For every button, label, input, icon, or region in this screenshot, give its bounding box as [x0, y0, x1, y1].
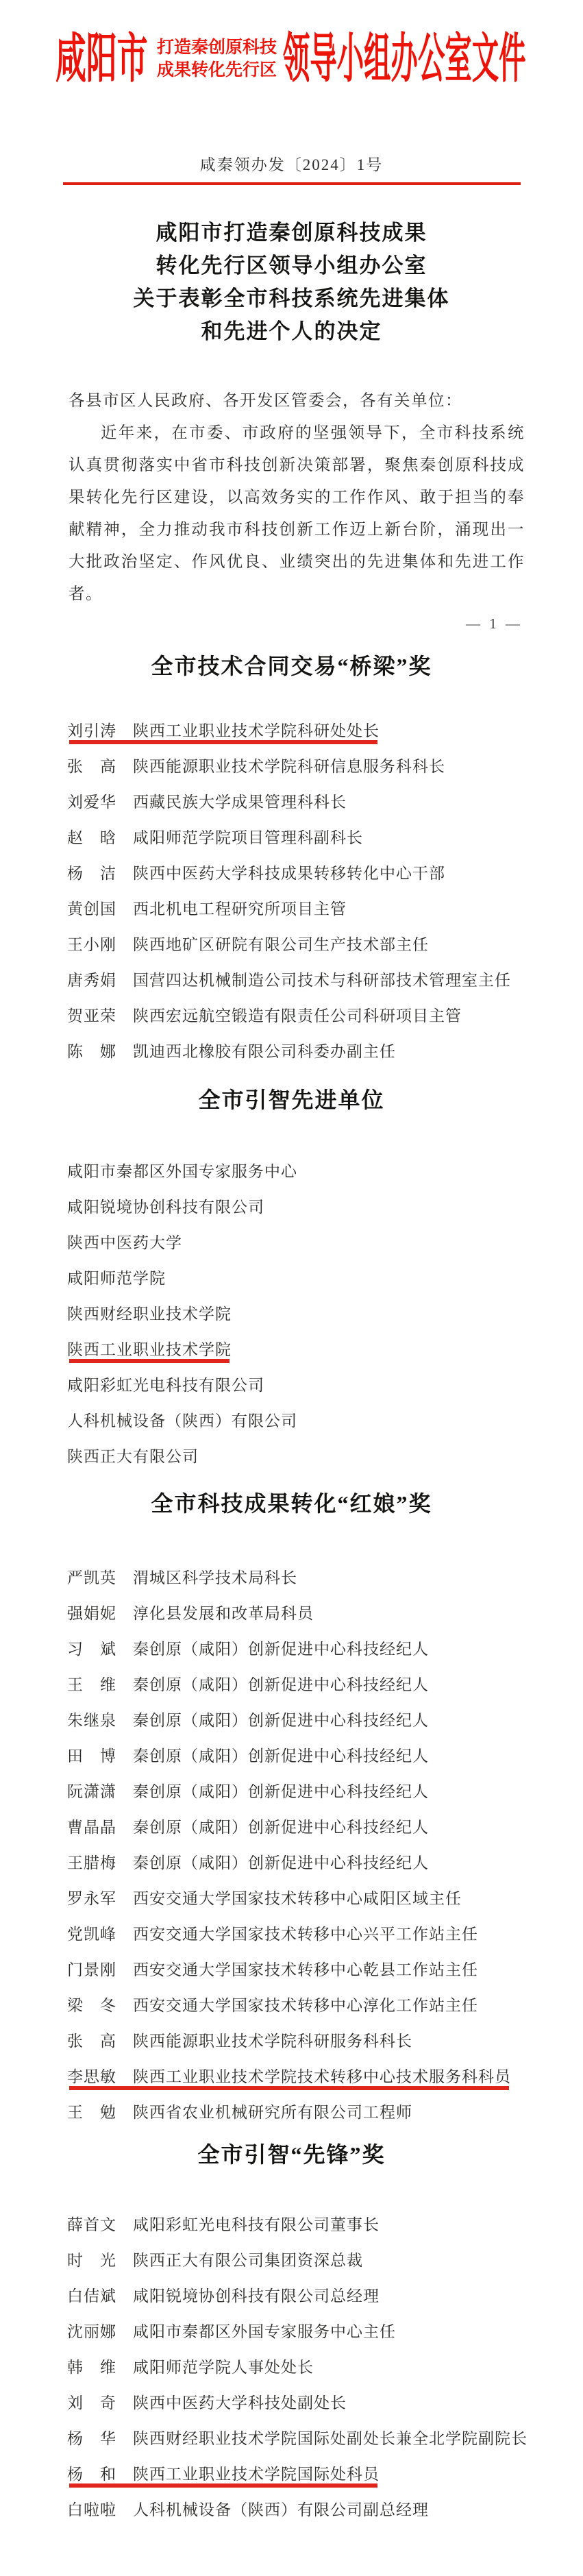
table-row: 刘爱华 西藏民族大学成果管理科科长 — [67, 793, 556, 811]
person-title: 秦创原（咸阳）创新促进中心科技经纪人 — [133, 1782, 429, 1801]
letterhead-suffix: 领导小组办公室文件 — [283, 29, 526, 89]
person-name: 党凯峰 — [67, 1925, 116, 1943]
row-content: 陕西正大有限公司 — [67, 1447, 199, 1466]
person-name: 贺亚荣 — [67, 1007, 116, 1025]
person-title: 咸阳师范学院项目管理科副科长 — [133, 829, 363, 847]
document-body: 各县市区人民政府、各开发区管委会，各有关单位： 近年来，在市委、市政府的坚强领导… — [69, 385, 525, 611]
person-name: 黄创国 — [67, 900, 116, 918]
row-content: 王小刚 陕西地矿区研院有限公司生产技术部主任 — [67, 935, 429, 954]
award-section: 全市引智“先锋”奖 薛首文 咸阳彩虹光电科技有限公司董事长 时 光 陕西正大有限… — [0, 2139, 583, 2519]
person-title: 秦创原（咸阳）创新促进中心科技经纪人 — [133, 1818, 429, 1837]
table-row: 刘引涛 陕西工业职业技术学院科研处处长 — [67, 722, 556, 740]
person-title: 陕西正大有限公司集团资深总裁 — [133, 2251, 363, 2270]
person-name: 曹晶晶 — [67, 1818, 116, 1837]
person-title: 陕西宏远航空锻造有限责任公司科研项目主管 — [133, 1007, 462, 1025]
person-title: 秦创原（咸阳）创新促进中心科技经纪人 — [133, 1711, 429, 1730]
table-row: 习 斌 秦创原（咸阳）创新促进中心科技经纪人 — [67, 1640, 556, 1658]
person-title: 咸阳师范学院人事处处长 — [133, 2358, 314, 2377]
person-title: 陕西工业职业技术学院国际处科员 — [133, 2465, 380, 2483]
table-row: 杨 和 陕西工业职业技术学院国际处科员 — [67, 2465, 556, 2483]
person-name: 严凯英 — [67, 1569, 116, 1587]
table-row: 王 维 秦创原（咸阳）创新促进中心科技经纪人 — [67, 1676, 556, 1694]
letterhead-small-line1: 打造秦创原科技 — [157, 38, 277, 57]
person-name: 门景刚 — [67, 1961, 116, 1979]
letterhead-prefix-box: 咸阳市 — [55, 29, 150, 89]
person-name: 王腊梅 — [67, 1854, 116, 1872]
table-row: 韩 维 咸阳师范学院人事处处长 — [67, 2358, 556, 2377]
table-row: 时 光 陕西正大有限公司集团资深总裁 — [67, 2251, 556, 2270]
table-row: 白佶斌 咸阳锐境协创科技有限公司总经理 — [67, 2287, 556, 2305]
table-row: 王腊梅 秦创原（咸阳）创新促进中心科技经纪人 — [67, 1854, 556, 1872]
person-name: 李思敏 — [67, 2068, 116, 2086]
person-name: 刘引涛 — [67, 722, 116, 740]
person-title: 陕西财经职业技术学院国际处副处长兼全北学院副院长 — [133, 2429, 528, 2448]
unit-name: 咸阳锐境协创科技有限公司 — [67, 1198, 264, 1216]
person-title: 渭城区科学技术局科长 — [133, 1569, 297, 1587]
section-title: 全市引智先进单位 — [0, 1084, 583, 1116]
person-name: 陈 娜 — [67, 1042, 116, 1061]
unit-name: 咸阳彩虹光电科技有限公司 — [67, 1376, 264, 1395]
award-section: 全市科技成果转化“红娘”奖 严凯英 渭城区科学技术局科长 强娟妮 淳化县发展和改… — [0, 1488, 583, 2122]
page-number: — 1 — — [0, 615, 583, 633]
table-row: 陕西中医药大学 — [67, 1234, 556, 1252]
table-row: 咸阳彩虹光电科技有限公司 — [67, 1376, 556, 1395]
letterhead: 咸阳市 打造秦创原科技 成果转化先行区 领导小组办公室文件 — [0, 29, 583, 89]
table-row: 陕西正大有限公司 — [67, 1447, 556, 1466]
person-title: 陕西中医药大学科技处副处长 — [133, 2394, 347, 2412]
document-title-line-3: 关于表彰全市科技系统先进集体 — [0, 282, 583, 315]
table-row: 王 勉 陕西省农业机械研究所有限公司工程师 — [67, 2103, 556, 2122]
row-content: 门景刚 西安交通大学国家技术转移中心乾县工作站主任 — [67, 1961, 478, 1979]
person-name: 王小刚 — [67, 935, 116, 954]
person-name: 薛首文 — [67, 2216, 116, 2234]
table-row: 朱继泉 秦创原（咸阳）创新促进中心科技经纪人 — [67, 1711, 556, 1730]
table-row: 罗永军 西安交通大学国家技术转移中心咸阳区域主任 — [67, 1889, 556, 1908]
person-title: 国营四达机械制造公司技术与科研部技术管理室主任 — [133, 971, 511, 990]
section-list: 薛首文 咸阳彩虹光电科技有限公司董事长 时 光 陕西正大有限公司集团资深总裁 白… — [0, 2216, 583, 2519]
person-name: 杨 和 — [67, 2465, 116, 2483]
letterhead-suffix-box: 领导小组办公室文件 — [283, 29, 528, 89]
person-title: 秦创原（咸阳）创新促进中心科技经纪人 — [133, 1747, 429, 1765]
row-content: 阮潇潇 秦创原（咸阳）创新促进中心科技经纪人 — [67, 1782, 429, 1801]
table-row: 陕西工业职业技术学院 — [67, 1340, 556, 1359]
row-content: 曹晶晶 秦创原（咸阳）创新促进中心科技经纪人 — [67, 1818, 429, 1837]
person-name: 朱继泉 — [67, 1711, 116, 1730]
person-title: 陕西中医药大学科技成果转移转化中心干部 — [133, 864, 445, 883]
unit-name: 咸阳市秦都区外国专家服务中心 — [67, 1162, 297, 1181]
person-name: 杨 华 — [67, 2429, 116, 2448]
row-content: 陕西中医药大学 — [67, 1234, 182, 1252]
row-content: 强娟妮 淳化县发展和改革局科员 — [67, 1604, 314, 1623]
row-content: 贺亚荣 陕西宏远航空锻造有限责任公司科研项目主管 — [67, 1007, 462, 1025]
document-title-line-4: 和先进个人的决定 — [0, 315, 583, 348]
document-title-line-2: 转化先行区领导小组办公室 — [0, 249, 583, 282]
unit-name: 陕西工业职业技术学院 — [67, 1340, 232, 1359]
table-row: 唐秀娟 国营四达机械制造公司技术与科研部技术管理室主任 — [67, 971, 556, 990]
row-content: 咸阳锐境协创科技有限公司 — [67, 1198, 264, 1216]
row-content: 白啦啦 人科机械设备（陕西）有限公司副总经理 — [67, 2501, 429, 2519]
person-title: 西安交通大学国家技术转移中心淳化工作站主任 — [133, 1996, 478, 2015]
section-title: 全市引智“先锋”奖 — [0, 2139, 583, 2170]
row-content: 沈丽娜 咸阳市秦都区外国专家服务中心主任 — [67, 2322, 396, 2341]
table-row: 刘 奇 陕西中医药大学科技处副处长 — [67, 2394, 556, 2412]
letterhead-small-lines: 打造秦创原科技 成果转化先行区 — [156, 36, 279, 82]
body-paragraph: 近年来，在市委、市政府的坚强领导下，全市科技系统认真贯彻落实中省市科技创新决策部… — [69, 417, 525, 611]
row-content: 时 光 陕西正大有限公司集团资深总裁 — [67, 2251, 363, 2270]
unit-name: 咸阳师范学院 — [67, 1269, 166, 1288]
table-row: 杨 洁 陕西中医药大学科技成果转移转化中心干部 — [67, 864, 556, 883]
table-row: 贺亚荣 陕西宏远航空锻造有限责任公司科研项目主管 — [67, 1007, 556, 1025]
person-title: 秦创原（咸阳）创新促进中心科技经纪人 — [133, 1676, 429, 1694]
person-title: 人科机械设备（陕西）有限公司副总经理 — [133, 2501, 429, 2519]
person-title: 凯迪西北橡胶有限公司科委办副主任 — [133, 1042, 396, 1061]
person-name: 时 光 — [67, 2251, 116, 2270]
letterhead-small-line2: 成果转化先行区 — [157, 61, 277, 79]
salutation: 各县市区人民政府、各开发区管委会，各有关单位： — [69, 385, 525, 417]
document-title-line-1: 咸阳市打造秦创原科技成果 — [0, 217, 583, 249]
row-content: 韩 维 咸阳师范学院人事处处长 — [67, 2358, 314, 2377]
person-name: 王 勉 — [67, 2103, 116, 2122]
row-content: 王腊梅 秦创原（咸阳）创新促进中心科技经纪人 — [67, 1854, 429, 1872]
person-name: 王 维 — [67, 1676, 116, 1694]
document-title: 咸阳市打造秦创原科技成果 转化先行区领导小组办公室 关于表彰全市科技系统先进集体… — [0, 217, 583, 348]
person-name: 强娟妮 — [67, 1604, 116, 1623]
person-name: 习 斌 — [67, 1640, 116, 1658]
table-row: 梁 冬 西安交通大学国家技术转移中心淳化工作站主任 — [67, 1996, 556, 2015]
person-title: 西北机电工程研究所项目主管 — [133, 900, 347, 918]
table-row: 田 博 秦创原（咸阳）创新促进中心科技经纪人 — [67, 1747, 556, 1765]
row-content: 杨 和 陕西工业职业技术学院国际处科员 — [67, 2465, 380, 2483]
person-name: 白啦啦 — [67, 2501, 116, 2519]
table-row: 杨 华 陕西财经职业技术学院国际处副处长兼全北学院副院长 — [67, 2429, 556, 2448]
section-list: 严凯英 渭城区科学技术局科长 强娟妮 淳化县发展和改革局科员 习 斌 秦创原（咸… — [0, 1569, 583, 2122]
row-content: 黄创国 西北机电工程研究所项目主管 — [67, 900, 347, 918]
row-content: 刘引涛 陕西工业职业技术学院科研处处长 — [67, 722, 380, 740]
row-content: 薛首文 咸阳彩虹光电科技有限公司董事长 — [67, 2216, 380, 2234]
row-content: 严凯英 渭城区科学技术局科长 — [67, 1569, 297, 1587]
row-content: 杨 洁 陕西中医药大学科技成果转移转化中心干部 — [67, 864, 445, 883]
row-content: 杨 华 陕西财经职业技术学院国际处副处长兼全北学院副院长 — [67, 2429, 528, 2448]
person-title: 西安交通大学国家技术转移中心兴平工作站主任 — [133, 1925, 478, 1943]
row-content: 白佶斌 咸阳锐境协创科技有限公司总经理 — [67, 2287, 380, 2305]
person-name: 阮潇潇 — [67, 1782, 116, 1801]
person-title: 陕西省农业机械研究所有限公司工程师 — [133, 2103, 412, 2122]
row-content: 王 勉 陕西省农业机械研究所有限公司工程师 — [67, 2103, 412, 2122]
table-row: 李思敏 陕西工业职业技术学院技术转移中心技术服务科科员 — [67, 2068, 556, 2086]
row-content: 朱继泉 秦创原（咸阳）创新促进中心科技经纪人 — [67, 1711, 429, 1730]
section-title: 全市技术合同交易“桥梁”奖 — [0, 650, 583, 682]
person-name: 田 博 — [67, 1747, 116, 1765]
person-name: 杨 洁 — [67, 864, 116, 883]
table-row: 咸阳师范学院 — [67, 1269, 556, 1288]
table-row: 陕西财经职业技术学院 — [67, 1305, 556, 1323]
row-content: 张 高 陕西能源职业技术学院科研服务科科长 — [67, 2032, 412, 2050]
table-row: 严凯英 渭城区科学技术局科长 — [67, 1569, 556, 1587]
person-name: 白佶斌 — [67, 2287, 116, 2305]
person-title: 陕西地矿区研院有限公司生产技术部主任 — [133, 935, 429, 954]
person-title: 西安交通大学国家技术转移中心咸阳区域主任 — [133, 1889, 462, 1908]
table-row: 张 高 陕西能源职业技术学院科研服务科科长 — [67, 2032, 556, 2050]
row-content: 陈 娜 凯迪西北橡胶有限公司科委办副主任 — [67, 1042, 396, 1061]
person-title: 陕西能源职业技术学院科研服务科科长 — [133, 2032, 412, 2050]
table-row: 沈丽娜 咸阳市秦都区外国专家服务中心主任 — [67, 2322, 556, 2341]
row-content: 梁 冬 西安交通大学国家技术转移中心淳化工作站主任 — [67, 1996, 478, 2015]
section-title: 全市科技成果转化“红娘”奖 — [0, 1488, 583, 1519]
person-name: 刘爱华 — [67, 793, 116, 811]
red-divider-rule — [63, 182, 521, 185]
table-row: 强娟妮 淳化县发展和改革局科员 — [67, 1604, 556, 1623]
table-row: 张 高 陕西能源职业技术学院科研信息服务科科长 — [67, 757, 556, 776]
person-title: 西安交通大学国家技术转移中心乾县工作站主任 — [133, 1961, 478, 1979]
row-content: 唐秀娟 国营四达机械制造公司技术与科研部技术管理室主任 — [67, 971, 511, 990]
person-title: 陕西工业职业技术学院科研处处长 — [133, 722, 380, 740]
person-title: 陕西能源职业技术学院科研信息服务科科长 — [133, 757, 445, 776]
person-name: 刘 奇 — [67, 2394, 116, 2412]
row-content: 王 维 秦创原（咸阳）创新促进中心科技经纪人 — [67, 1676, 429, 1694]
row-content: 咸阳彩虹光电科技有限公司 — [67, 1376, 264, 1395]
table-row: 人科机械设备（陕西）有限公司 — [67, 1412, 556, 1430]
table-row: 薛首文 咸阳彩虹光电科技有限公司董事长 — [67, 2216, 556, 2234]
person-title: 咸阳锐境协创科技有限公司总经理 — [133, 2287, 380, 2305]
table-row: 咸阳锐境协创科技有限公司 — [67, 1198, 556, 1216]
document-number: 咸秦领办发〔2024〕1号 — [0, 155, 583, 175]
table-row: 曹晶晶 秦创原（咸阳）创新促进中心科技经纪人 — [67, 1818, 556, 1837]
person-title: 陕西工业职业技术学院技术转移中心技术服务科科员 — [133, 2068, 511, 2086]
row-content: 张 高 陕西能源职业技术学院科研信息服务科科长 — [67, 757, 445, 776]
row-content: 李思敏 陕西工业职业技术学院技术转移中心技术服务科科员 — [67, 2068, 511, 2086]
row-content: 人科机械设备（陕西）有限公司 — [67, 1412, 297, 1430]
person-name: 韩 维 — [67, 2358, 116, 2377]
letterhead-prefix: 咸阳市 — [55, 29, 148, 89]
person-name: 唐秀娟 — [67, 971, 116, 990]
table-row: 党凯峰 西安交通大学国家技术转移中心兴平工作站主任 — [67, 1925, 556, 1943]
table-row: 咸阳市秦都区外国专家服务中心 — [67, 1162, 556, 1181]
person-name: 梁 冬 — [67, 1996, 116, 2015]
section-list: 咸阳市秦都区外国专家服务中心 咸阳锐境协创科技有限公司 陕西中医药大学 咸阳师范… — [0, 1162, 583, 1466]
unit-name: 人科机械设备（陕西）有限公司 — [67, 1412, 297, 1430]
row-content: 刘 奇 陕西中医药大学科技处副处长 — [67, 2394, 347, 2412]
person-name: 沈丽娜 — [67, 2322, 116, 2341]
person-title: 咸阳彩虹光电科技有限公司董事长 — [133, 2216, 380, 2234]
table-row: 黄创国 西北机电工程研究所项目主管 — [67, 900, 556, 918]
row-content: 咸阳市秦都区外国专家服务中心 — [67, 1162, 297, 1181]
person-title: 秦创原（咸阳）创新促进中心科技经纪人 — [133, 1640, 429, 1658]
table-row: 白啦啦 人科机械设备（陕西）有限公司副总经理 — [67, 2501, 556, 2519]
row-content: 罗永军 西安交通大学国家技术转移中心咸阳区域主任 — [67, 1889, 462, 1908]
person-name: 罗永军 — [67, 1889, 116, 1908]
person-title: 淳化县发展和改革局科员 — [133, 1604, 314, 1623]
row-content: 陕西工业职业技术学院 — [67, 1340, 232, 1359]
person-name: 张 高 — [67, 2032, 116, 2050]
table-row: 门景刚 西安交通大学国家技术转移中心乾县工作站主任 — [67, 1961, 556, 1979]
row-content: 习 斌 秦创原（咸阳）创新促进中心科技经纪人 — [67, 1640, 429, 1658]
table-row: 赵 晗 咸阳师范学院项目管理科副科长 — [67, 829, 556, 847]
award-section: 全市技术合同交易“桥梁”奖 刘引涛 陕西工业职业技术学院科研处处长 张 高 陕西… — [0, 650, 583, 1061]
award-section: 全市引智先进单位 咸阳市秦都区外国专家服务中心 咸阳锐境协创科技有限公司 陕西中… — [0, 1084, 583, 1466]
row-content: 田 博 秦创原（咸阳）创新促进中心科技经纪人 — [67, 1747, 429, 1765]
document-page: 咸阳市 打造秦创原科技 成果转化先行区 领导小组办公室文件 咸秦领办发〔2024… — [0, 0, 583, 2576]
row-content: 刘爱华 西藏民族大学成果管理科科长 — [67, 793, 347, 811]
person-title: 西藏民族大学成果管理科科长 — [133, 793, 347, 811]
unit-name: 陕西正大有限公司 — [67, 1447, 199, 1466]
table-row: 陈 娜 凯迪西北橡胶有限公司科委办副主任 — [67, 1042, 556, 1061]
table-row: 阮潇潇 秦创原（咸阳）创新促进中心科技经纪人 — [67, 1782, 556, 1801]
person-title: 咸阳市秦都区外国专家服务中心主任 — [133, 2322, 396, 2341]
person-name: 张 高 — [67, 757, 116, 776]
section-list: 刘引涛 陕西工业职业技术学院科研处处长 张 高 陕西能源职业技术学院科研信息服务… — [0, 722, 583, 1061]
person-title: 秦创原（咸阳）创新促进中心科技经纪人 — [133, 1854, 429, 1872]
row-content: 党凯峰 西安交通大学国家技术转移中心兴平工作站主任 — [67, 1925, 478, 1943]
person-name: 赵 晗 — [67, 829, 116, 847]
row-content: 陕西财经职业技术学院 — [67, 1305, 232, 1323]
row-content: 咸阳师范学院 — [67, 1269, 166, 1288]
unit-name: 陕西中医药大学 — [67, 1234, 182, 1252]
table-row: 王小刚 陕西地矿区研院有限公司生产技术部主任 — [67, 935, 556, 954]
sections: 全市技术合同交易“桥梁”奖 刘引涛 陕西工业职业技术学院科研处处长 张 高 陕西… — [0, 650, 583, 2519]
unit-name: 陕西财经职业技术学院 — [67, 1305, 232, 1323]
row-content: 赵 晗 咸阳师范学院项目管理科副科长 — [67, 829, 363, 847]
